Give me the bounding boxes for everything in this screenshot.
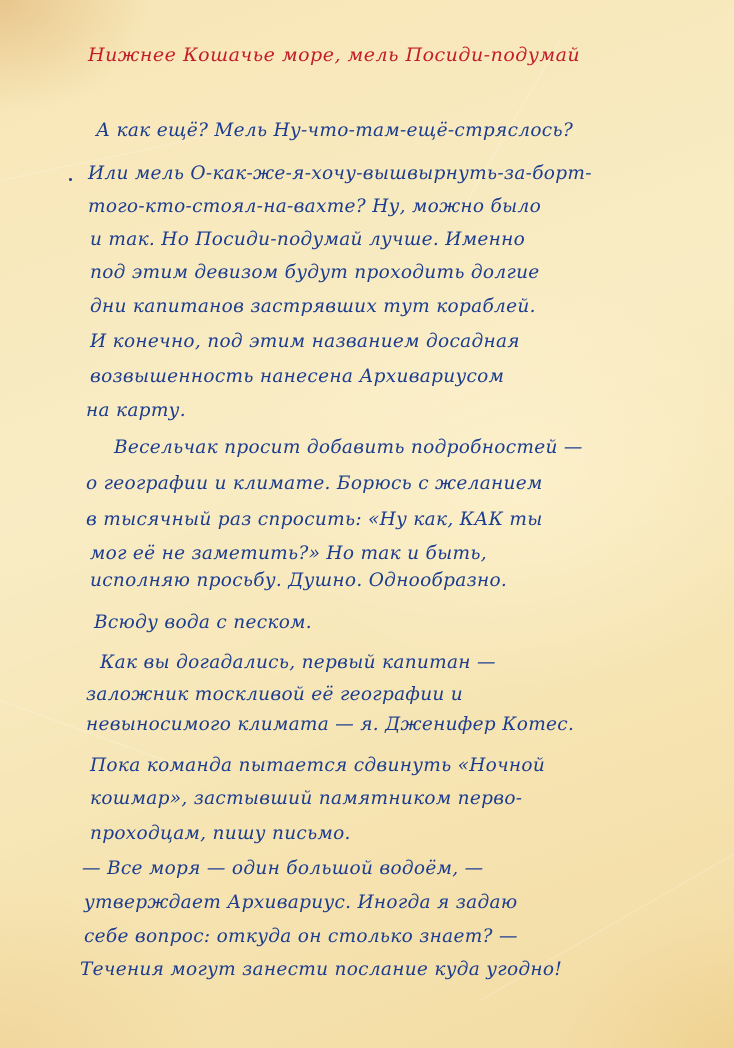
letter-line: проходцам, пишу письмо. (90, 823, 351, 844)
letter-line: невыносимого климата — я. Дженифер Котес… (86, 714, 574, 735)
letter-line: мог её не заметить?» Но так и быть, (90, 543, 487, 564)
letter-line: в тысячный раз спросить: «Ну как, КАК ты (86, 509, 543, 530)
letter-line: дни капитанов застрявших тут кораблей. (90, 296, 536, 317)
letter-line: о географии и климате. Борюсь с желанием (86, 473, 543, 494)
letter-line: на карту. (86, 400, 186, 421)
letter-line: И конечно, под этим названием досадная (90, 331, 520, 352)
letter-line: Весельчак просит добавить подробностей — (114, 437, 583, 458)
letter-line: Течения могут занести послание куда угод… (80, 959, 562, 980)
letter-line: под этим девизом будут проходить долгие (90, 262, 540, 283)
letter-line: и так. Но Посиди-подумай лучше. Именно (90, 229, 525, 250)
letter-line: Пока команда пытается сдвинуть «Ночной (90, 755, 545, 776)
letter-line: возвышенность нанесена Архивариусом (90, 366, 504, 387)
letter-line: — Все моря — один большой водоём, — (82, 858, 483, 879)
letter-line: А как ещё? Мель Ну-что-там-ещё-стряслось… (96, 120, 573, 141)
letter-line: себе вопрос: откуда он столько знает? — (84, 926, 518, 947)
letter-line: кошмар», застывший памятником перво- (90, 788, 522, 809)
letter-line: заложник тоскливой её географии и (86, 684, 463, 705)
letter-line: утверждает Архивариус. Иногда я задаю (84, 892, 517, 913)
letter-line: исполняю просьбу. Душно. Однообразно. (90, 570, 507, 591)
letter-body: А как ещё? Мель Ну-что-там-ещё-стряслось… (0, 0, 734, 1048)
letter-line: Всюду вода с песком. (94, 612, 312, 633)
letter-line: Или мель О-как-же-я-хочу-вышвырнуть-за-б… (88, 163, 592, 184)
letter-line: того-кто-стоял-на-вахте? Ну, можно было (88, 196, 541, 217)
letter-line: Как вы догадались, первый капитан — (100, 652, 496, 673)
